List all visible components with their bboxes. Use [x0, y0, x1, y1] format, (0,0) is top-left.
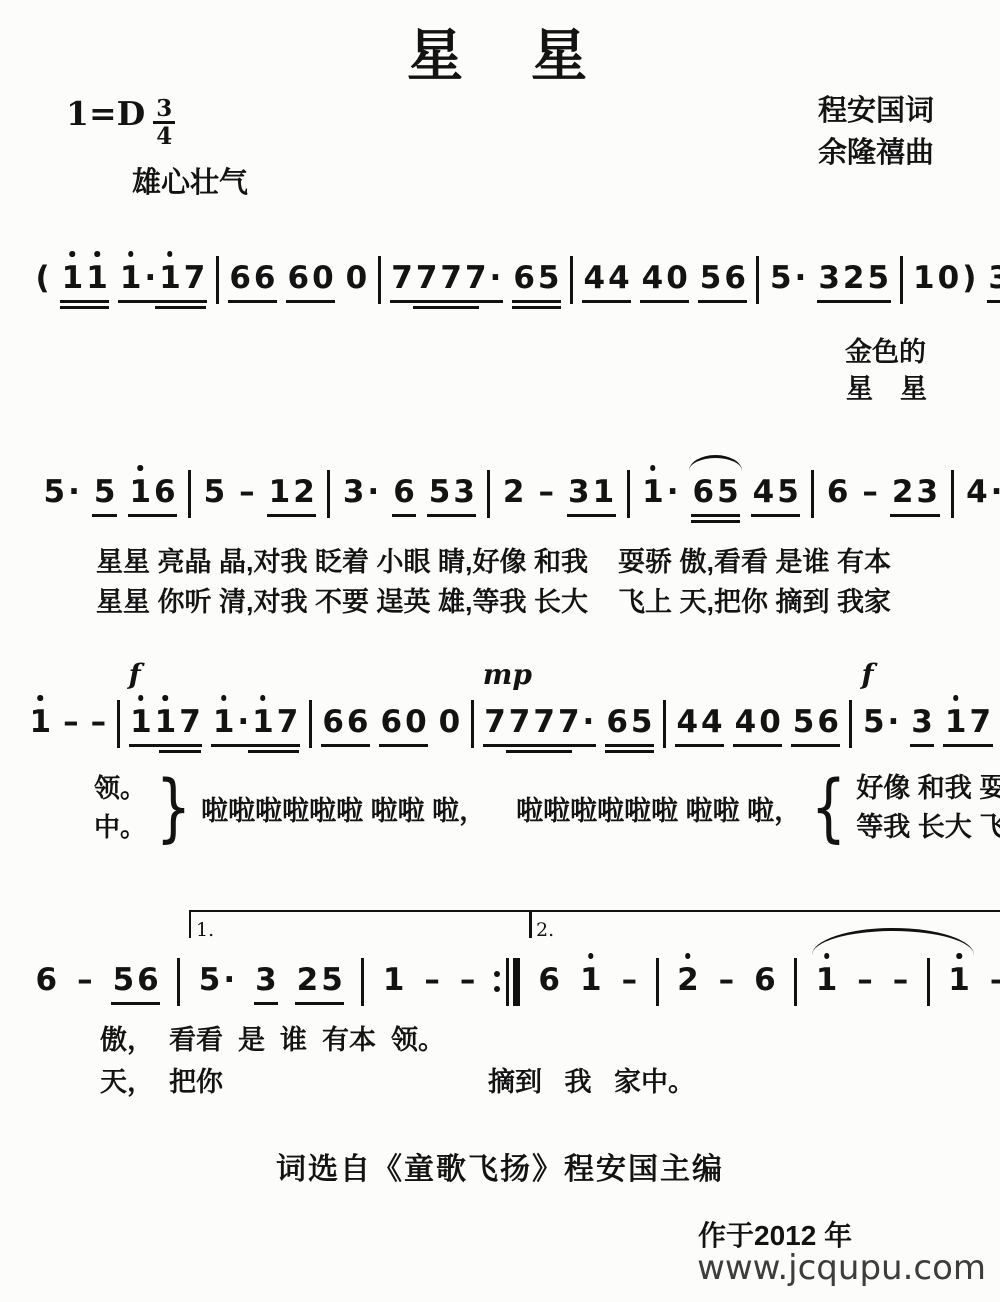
note-group: 5 — [92, 474, 117, 526]
note-group: 44 — [675, 704, 724, 756]
note-group: 16 — [128, 474, 177, 526]
dynamic-mark: f — [129, 661, 141, 689]
opening-brace: { — [811, 768, 846, 848]
barline — [849, 700, 852, 748]
octave-dot — [138, 695, 144, 701]
music-line-3: 1––117f1·17666007777·mp654440565·f317 — [28, 700, 1000, 756]
sheet-music-page: 星 星 1=D 3 4 雄心壮气 程安国词 余隆禧曲 (111·17666007… — [0, 0, 1000, 1302]
note-group: 12 — [267, 474, 316, 526]
music-line-2: 5·5165–123·6532–311·65456–234·675 — [42, 470, 1000, 526]
note-group: 56 — [791, 704, 840, 756]
note-group: 6 — [392, 474, 417, 526]
barline — [570, 256, 573, 304]
octave-dot — [38, 695, 44, 701]
note-group: – — [62, 704, 81, 756]
barline — [811, 470, 814, 518]
note-group: – — [537, 474, 556, 526]
music-line-4: 6–565·3251––61–2–61––1––1.2. — [34, 958, 1000, 1014]
website-url: www.jcqupu.com — [697, 1248, 986, 1288]
barline — [487, 470, 490, 518]
octave-dot — [167, 251, 173, 257]
note-group: 65 — [691, 474, 740, 526]
barline — [117, 700, 120, 748]
note-group: – — [458, 962, 477, 1014]
note-group: 17 — [943, 704, 992, 756]
note-group: 5 — [202, 474, 227, 526]
note-group: 1 — [814, 962, 839, 1014]
repeat-barline — [494, 958, 520, 1006]
note-group: 60 — [286, 260, 335, 312]
lyric-line1-bottom: 星 星 — [846, 367, 927, 406]
lyric-line4-bottom-left: 天， 把你 — [100, 1060, 223, 1099]
note-group: 334 — [987, 260, 1000, 312]
volta-number: 1. — [196, 912, 214, 948]
note-group: ( — [34, 260, 51, 312]
note-group: 5· — [42, 474, 81, 526]
barline — [663, 700, 666, 748]
note-group: – — [717, 962, 736, 1014]
note-group: – — [988, 962, 1000, 1014]
barline — [378, 256, 381, 304]
note-group: 7777·mp — [483, 704, 596, 756]
note-group: 31 — [567, 474, 616, 526]
octave-dot — [685, 953, 691, 959]
barline — [627, 470, 630, 518]
note-group: 56 — [111, 962, 160, 1014]
note-group: 10) — [912, 260, 978, 312]
lyric-la-refrain: 啦啦啦啦啦啦 啦啦 啦， 啦啦啦啦啦啦 啦啦 啦， — [201, 789, 801, 828]
key-signature: 1=D 3 4 — [66, 96, 175, 149]
note-group: 1·17 — [211, 704, 300, 756]
barline — [361, 958, 364, 1006]
barline — [756, 256, 759, 304]
dynamic-mark: f — [861, 661, 873, 689]
octave-dot — [70, 251, 76, 257]
dynamic-mark: mp — [483, 661, 532, 689]
octave-dot — [137, 465, 143, 471]
slur-arc — [689, 455, 742, 471]
time-numerator: 3 — [153, 96, 175, 124]
barline — [471, 700, 474, 748]
note-group: 1 — [28, 704, 53, 756]
octave-dot — [128, 251, 134, 257]
note-group: 0 — [437, 704, 462, 756]
note-group: – — [891, 962, 910, 1014]
note-group: 117f — [129, 704, 203, 756]
volta-bracket: 2. — [529, 910, 1000, 938]
note-group: 3 — [254, 962, 279, 1014]
lyricist-credit: 程安国词 — [818, 90, 934, 132]
note-group: 325 — [817, 260, 891, 312]
note-group: 6 — [825, 474, 850, 526]
note-group: 1 — [381, 962, 406, 1014]
octave-dot — [221, 695, 227, 701]
note-group: 23 — [890, 474, 939, 526]
octave-dot — [260, 695, 266, 701]
lyric-verse1: 星星 亮晶 晶,对我 眨着 小眼 睛,好像 和我 耍骄 傲,看看 是谁 有本 — [96, 540, 891, 579]
note-group: 60 — [379, 704, 428, 756]
key-text: 1=D — [66, 96, 145, 132]
note-group: 7777· — [390, 260, 503, 312]
note-group: – — [856, 962, 875, 1014]
lyric-line3-row: 领。 中。 } 啦啦啦啦啦啦 啦啦 啦， 啦啦啦啦啦啦 啦啦 啦， { 好像 和… — [94, 768, 1000, 848]
barline — [188, 470, 191, 518]
note-group: 65 — [605, 704, 654, 756]
barline — [794, 958, 797, 1006]
volta-bracket: 1. — [189, 910, 532, 938]
octave-dot — [94, 251, 100, 257]
note-group: 65 — [512, 260, 561, 312]
note-group: – — [238, 474, 257, 526]
note-group: 40 — [640, 260, 689, 312]
note-group: 1· — [641, 474, 680, 526]
note-group: 5·f — [861, 704, 900, 756]
note-group: 1 — [578, 962, 603, 1014]
note-group: 53 — [427, 474, 476, 526]
song-title: 星 星 — [0, 12, 1000, 92]
note-group: – — [76, 962, 95, 1014]
source-note: 词选自《童歌飞扬》程安国主编 — [0, 1144, 1000, 1188]
lyric-branch-words: 好像 和我 耍骄 等我 长大 飞上 — [856, 769, 1000, 847]
note-group: 5· — [197, 962, 236, 1014]
note-group: 3· — [341, 474, 380, 526]
volta-number: 2. — [536, 912, 554, 948]
note-group: 5· — [768, 260, 807, 312]
composer-credit: 余隆禧曲 — [818, 132, 934, 174]
note-group: 45 — [751, 474, 800, 526]
barline — [927, 958, 930, 1006]
time-denominator: 4 — [153, 124, 175, 149]
note-group: 6 — [34, 962, 59, 1014]
octave-dot — [650, 465, 656, 471]
time-signature: 3 4 — [153, 96, 175, 149]
barline — [656, 958, 659, 1006]
barline — [309, 700, 312, 748]
lyric-ending-words: 领。 中。 — [94, 769, 146, 847]
tempo-marking: 雄心壮气 — [132, 160, 248, 201]
barline — [900, 256, 903, 304]
note-group: 2 — [676, 962, 701, 1014]
barline — [177, 958, 180, 1006]
note-group: 66 — [228, 260, 277, 312]
barline — [327, 470, 330, 518]
note-group: 4· — [965, 474, 1000, 526]
note-group: 1·17 — [118, 260, 207, 312]
note-group: 56 — [698, 260, 747, 312]
note-group: – — [89, 704, 108, 756]
octave-dot — [163, 695, 169, 701]
credits: 程安国词 余隆禧曲 — [818, 90, 934, 174]
lyric-line1-top: 金色的 — [845, 330, 926, 369]
note-group: 1 — [947, 962, 972, 1014]
note-group: – — [861, 474, 880, 526]
note-group: 11 — [60, 260, 109, 312]
lyric-line4-bottom-right: 摘到 我 家中。 — [488, 1060, 695, 1099]
note-group: 40 — [733, 704, 782, 756]
note-group: 3 — [910, 704, 935, 756]
note-group: 44 — [582, 260, 631, 312]
note-group: 2 — [501, 474, 526, 526]
barline — [216, 256, 219, 304]
note-group: 6 — [753, 962, 778, 1014]
barline — [951, 470, 954, 518]
note-group: 6 — [537, 962, 562, 1014]
lyric-verse2: 星星 你听 清,对我 不要 逞英 雄,等我 长大 飞上 天,把你 摘到 我家 — [96, 580, 891, 619]
note-group: 66 — [321, 704, 370, 756]
octave-dot — [953, 695, 959, 701]
closing-brace: } — [156, 768, 191, 848]
lyric-line4-top: 傲， 看看 是 谁 有本 领。 — [100, 1018, 445, 1057]
octave-dot — [588, 953, 594, 959]
note-group: – — [620, 962, 639, 1014]
note-group: 0 — [344, 260, 369, 312]
note-group: 25 — [295, 962, 344, 1014]
note-group: – — [423, 962, 442, 1014]
music-line-1: (111·17666007777·654440565·32510)334 — [34, 256, 1000, 312]
